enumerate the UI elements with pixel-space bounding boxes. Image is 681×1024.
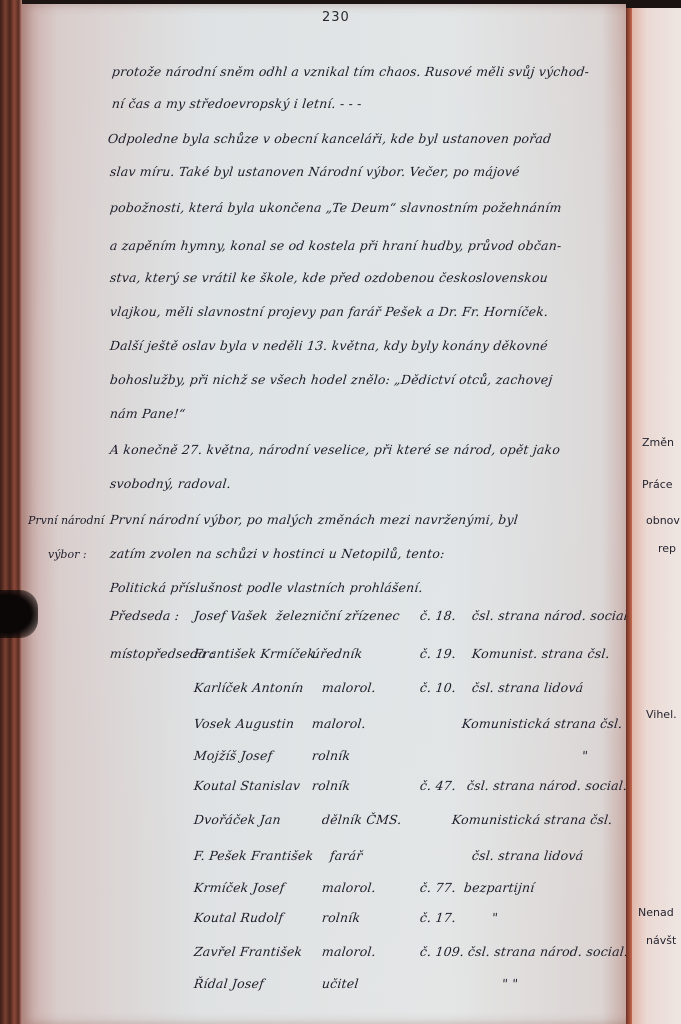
member-party: " [581, 748, 589, 763]
member-party: čsl. strana lidová [471, 848, 584, 863]
member-name: Josef Vašek [193, 608, 268, 623]
member-party: Komunistická strana čsl. [451, 812, 613, 827]
member-name: Dvořáček Jan [193, 812, 281, 827]
member-party: " [491, 910, 499, 925]
member-party: Komunistická strana čsl. [461, 716, 623, 731]
member-house-no: č. 17. [419, 910, 457, 925]
member-name: Krmíček Josef [193, 880, 285, 895]
member-name: Koutal Rudolf [193, 910, 284, 925]
member-name: Koutal Stanislav [193, 778, 301, 793]
margin-label: výbor : [48, 548, 87, 561]
member-house-no: č. 19. [419, 646, 457, 661]
member-name: Mojžíš Josef [193, 748, 273, 763]
text-line: A konečně 27. května, národní veselice, … [109, 442, 561, 457]
member-occupation: dělník ČMS. [321, 812, 402, 827]
member-house-no: č. 18. [419, 608, 457, 623]
text-line: První národní výbor, po malých změnách m… [109, 512, 519, 527]
text-line: bohoslužby, při nichž se všech hodel zně… [109, 372, 553, 387]
member-occupation: rolník [311, 778, 351, 793]
right-page-fragment: Změn [642, 436, 674, 449]
member-house-no: č. 77. [419, 880, 457, 895]
margin-label: První národní [28, 514, 104, 527]
page-number: 230 [322, 10, 350, 25]
text-line: vlajkou, měli slavnostní projevy pan far… [109, 304, 549, 319]
member-name: František Krmíček [193, 646, 316, 661]
member-name: Karlíček Antonín [193, 680, 304, 695]
member-house-no: č. 47. [419, 778, 457, 793]
member-occupation: malorol. [321, 680, 376, 695]
member-party: Komunist. strana čsl. [471, 646, 610, 661]
book-binding [0, 0, 22, 1024]
text-line: Politická příslušnost podle vlastních pr… [109, 580, 423, 595]
member-occupation: malorol. [311, 716, 366, 731]
member-name: Zavřel František [193, 944, 303, 959]
right-page: Změn Práce obnov rep Vihel. Nenad návšt [632, 8, 681, 1024]
text-line: svobodný, radoval. [109, 476, 232, 491]
member-name: Řídal Josef [193, 976, 265, 991]
text-line: nám Pane!“ [109, 406, 186, 421]
text-line: ní čas a my středoevropský i letní. - - … [111, 96, 362, 111]
member-party: čsl. strana lidová [471, 680, 584, 695]
text-line: stva, který se vrátil ke škole, kde před… [109, 270, 549, 285]
member-role: Předseda : [109, 608, 180, 623]
text-line: protože národní sněm odhl a vznikal tím … [111, 64, 590, 79]
binding-clip [0, 590, 38, 638]
text-line: pobožnosti, která byla ukončena „Te Deum… [109, 200, 562, 215]
member-name: Vosek Augustin [193, 716, 295, 731]
member-party: bezpartijní [463, 880, 535, 895]
member-house-no: č. 10. [419, 680, 457, 695]
member-occupation: učitel [321, 976, 359, 991]
member-occupation: farář [329, 848, 363, 863]
member-occupation: železniční zřízenec [275, 608, 400, 623]
right-page-fragment: Vihel. [646, 708, 677, 721]
member-name: F. Pešek František [193, 848, 314, 863]
text-line: Další ještě oslav byla v neděli 13. květ… [109, 338, 548, 353]
member-party: " " [501, 976, 519, 991]
right-page-fragment: návšt [646, 934, 676, 947]
member-occupation: úředník [311, 646, 363, 661]
member-party: čsl. strana národ. social. [466, 778, 628, 793]
member-occupation: rolník [321, 910, 361, 925]
member-occupation: malorol. [321, 880, 376, 895]
right-page-fragment: obnov [646, 514, 680, 527]
text-line: zatím zvolen na schůzi v hostinci u Neto… [109, 546, 445, 561]
right-page-fragment: rep [658, 542, 676, 555]
member-occupation: malorol. [321, 944, 376, 959]
right-page-fragment: Nenad [638, 906, 674, 919]
text-line: a zapěním hymny, konal se od kostela při… [109, 238, 562, 253]
text-line: slav míru. Také byl ustanoven Národní vý… [109, 164, 520, 179]
member-occupation: rolník [311, 748, 351, 763]
right-page-fragment: Práce [642, 478, 673, 491]
text-line: Odpoledne byla schůze v obecní kanceláři… [107, 131, 552, 146]
member-party: čsl. strana národ. social. [467, 944, 629, 959]
member-party: čsl. strana národ. social. [471, 608, 633, 623]
member-house-no: č. 109. [419, 944, 465, 959]
left-page: 230 protože národní sněm odhl a vznikal … [22, 4, 626, 1024]
